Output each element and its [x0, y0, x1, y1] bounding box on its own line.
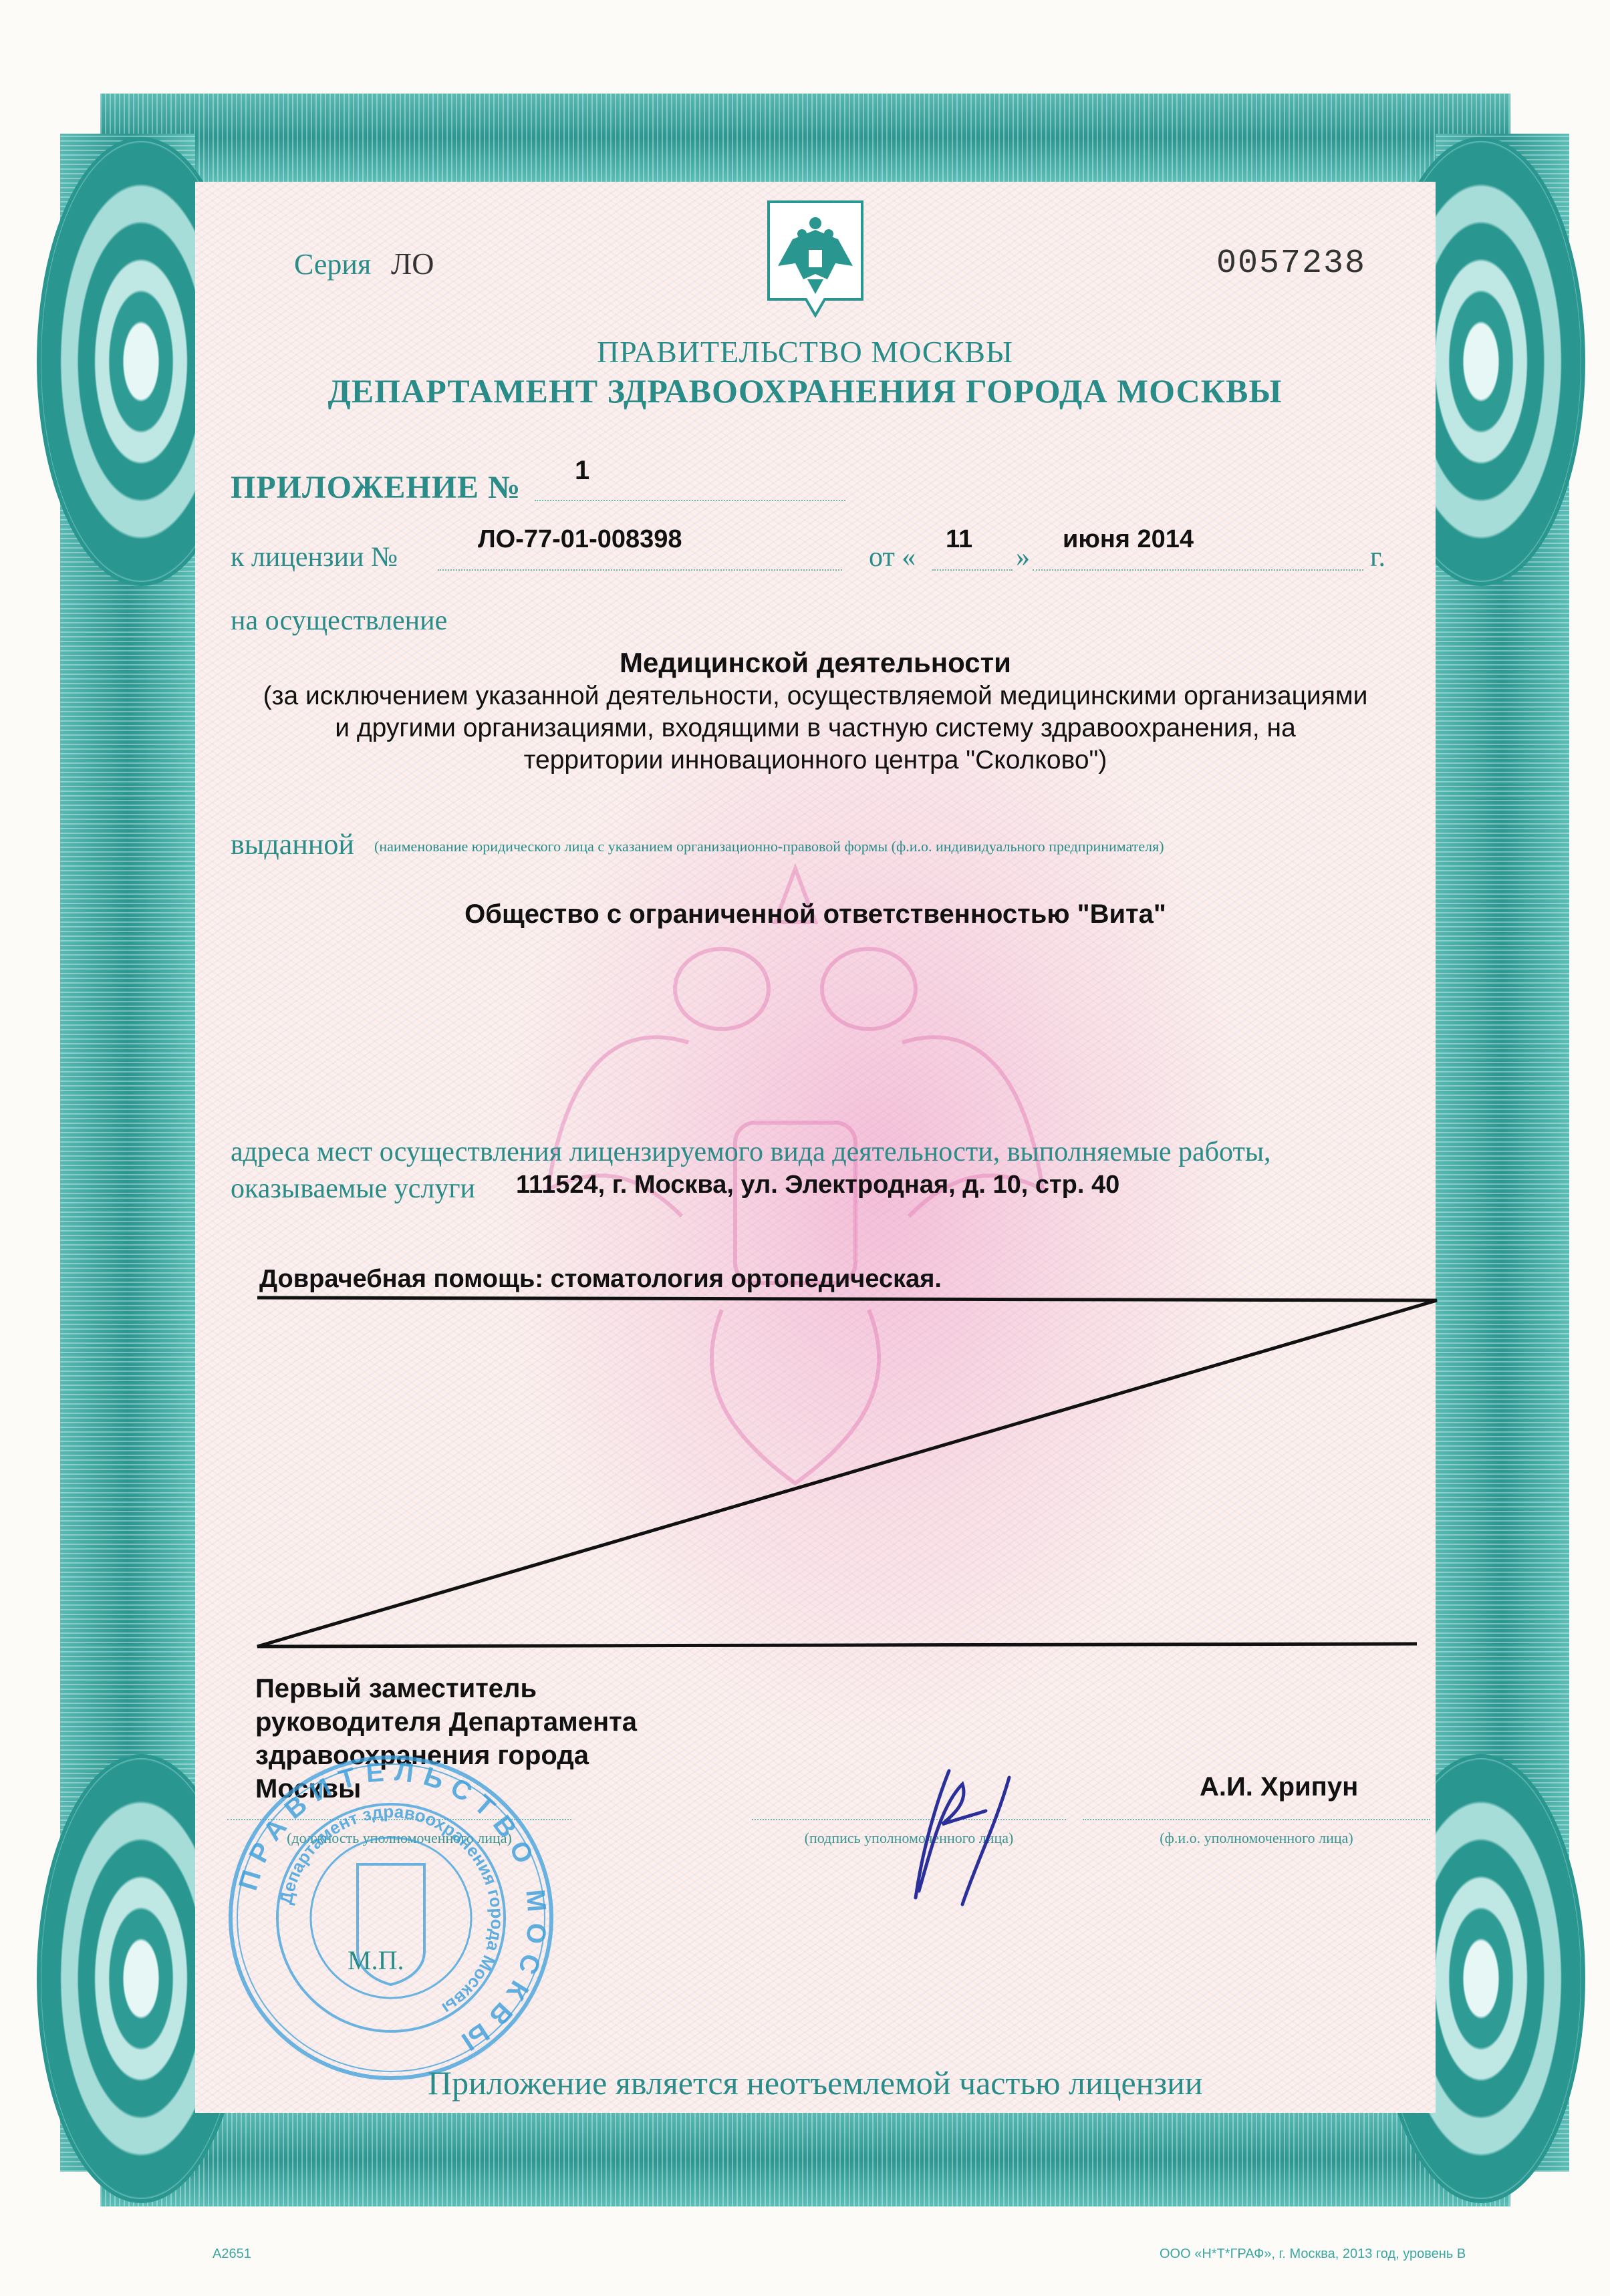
- handwritten-signature-icon: [869, 1764, 1043, 1911]
- printer-imprint: ООО «Н*Т*ГРАФ», г. Москва, 2013 год, уро…: [1160, 2247, 1466, 2262]
- name-caption: (ф.и.о. уполномоченного лица): [1083, 1830, 1430, 1847]
- official-seal-stamp: ПРАВИТЕЛЬСТВО МОСКВЫ Департамент здравоо…: [224, 1751, 558, 2085]
- form-code: А2651: [213, 2247, 251, 2262]
- name-line: [1083, 1819, 1430, 1820]
- seal-placeholder-label: М.П.: [348, 1945, 404, 1976]
- signatory-name: А.И. Хрипун: [1200, 1772, 1358, 1802]
- appendix-integral-note: Приложение является неотъемлемой частью …: [428, 2063, 1203, 2102]
